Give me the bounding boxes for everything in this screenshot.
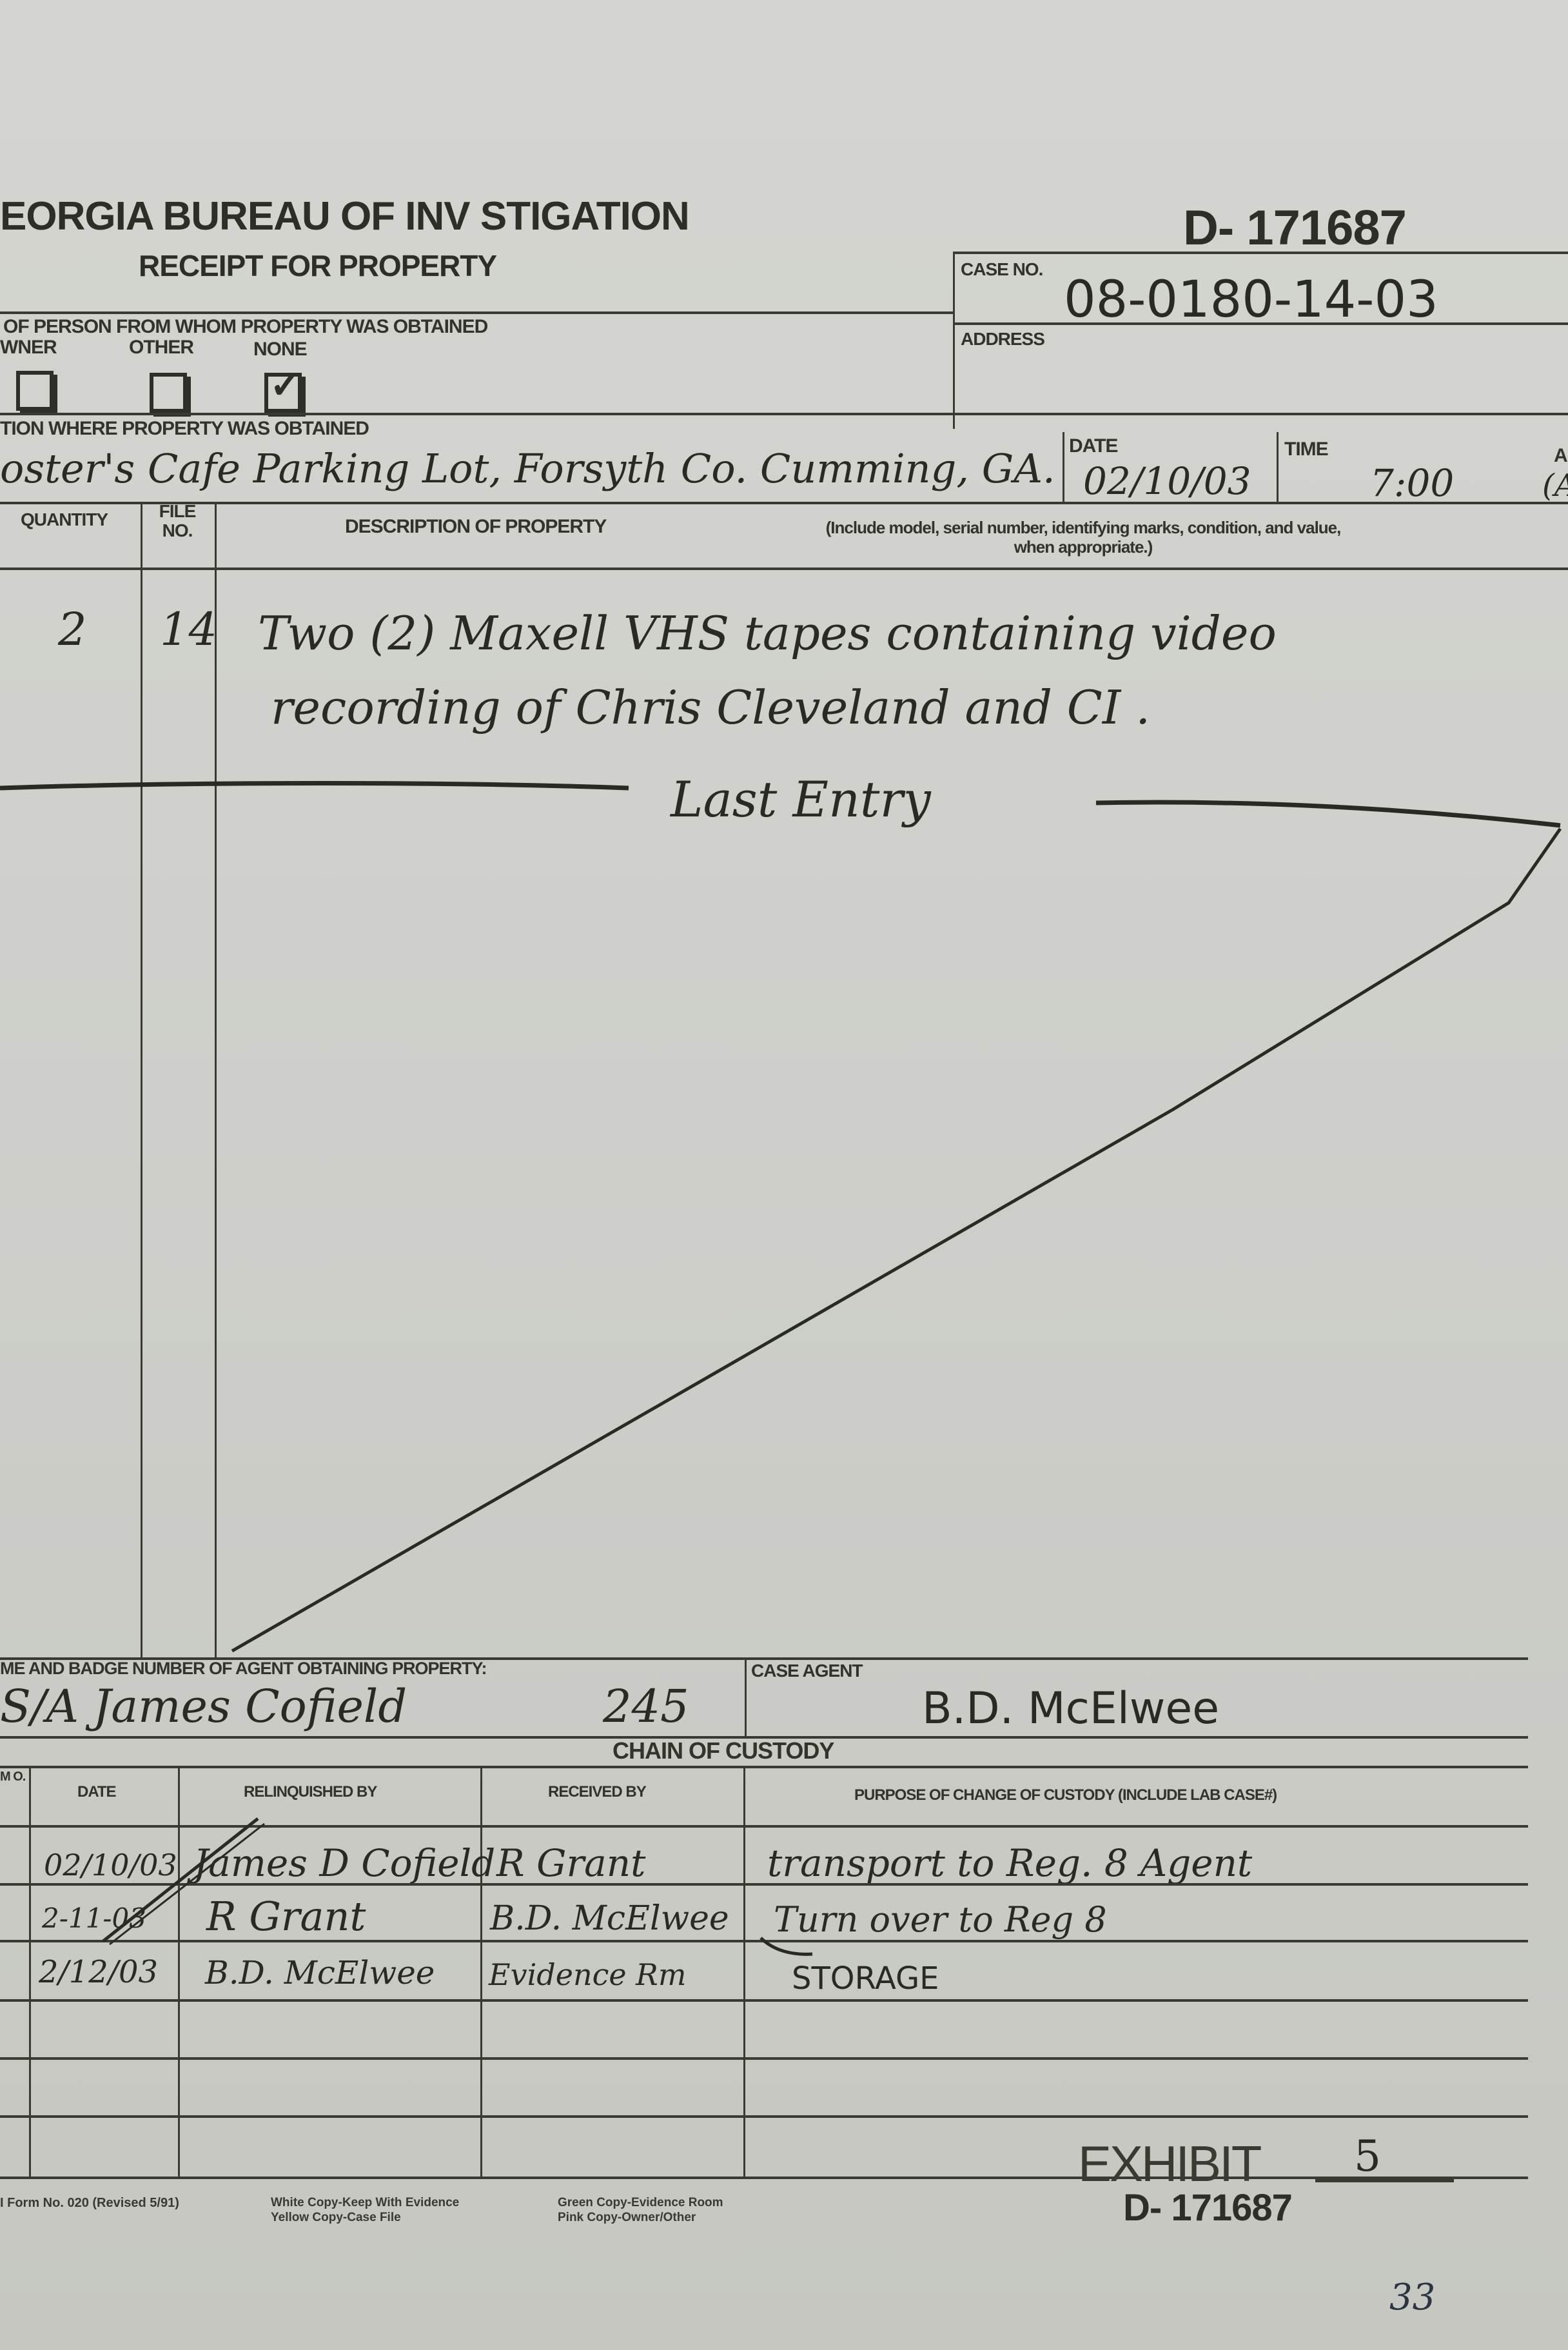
page-number: 33	[1389, 2276, 1435, 2318]
copy-yellow: Yellow Copy-Case File	[271, 2211, 401, 2225]
copy-green: Green Copy-Evidence Room	[558, 2196, 723, 2210]
copy-white: White Copy-Keep With Evidence	[271, 2196, 459, 2210]
copy-pink: Pink Copy-Owner/Other	[558, 2211, 696, 2225]
signature-slash	[0, 0, 1568, 2350]
form-number: I Form No. 020 (Revised 5/91)	[0, 2196, 179, 2211]
property-receipt-form: EORGIA BUREAU OF INV STIGATION RECEIPT F…	[0, 0, 1568, 2350]
exhibit-stamp-number: D- 171687	[1123, 2186, 1292, 2229]
exhibit-label: EXHIBIT	[1078, 2135, 1260, 2193]
exhibit-number: 5	[1354, 2131, 1381, 2181]
